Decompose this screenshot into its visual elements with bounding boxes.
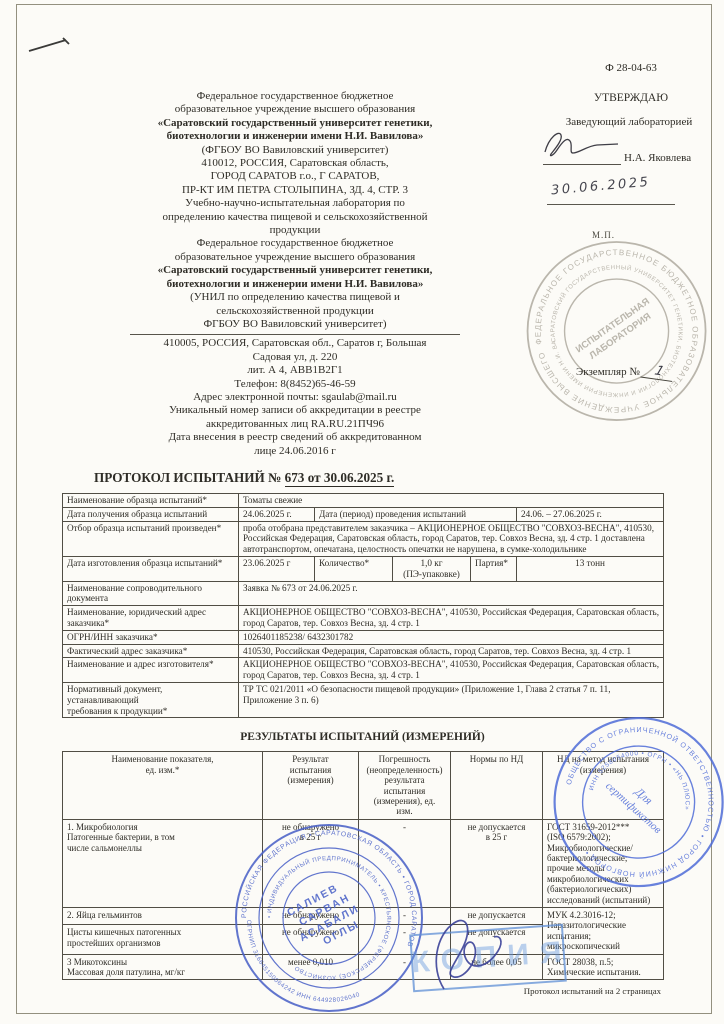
table-row: 3 Микотоксины Массовая доля патулина, мг… xyxy=(63,954,664,980)
sample-received-label: Дата получения образца испытаний xyxy=(63,507,239,521)
contact-line: аккредитованных лиц RA.RU.21ПЧ96 xyxy=(66,418,524,431)
header-separator-line xyxy=(130,334,460,335)
accompanying-doc-label: Наименование сопроводительного документа xyxy=(63,581,239,606)
copy-number-row: Экземпляр № 1 xyxy=(576,364,675,380)
org-line: Учебно-научно-испытательная лаборатория … xyxy=(66,197,524,210)
norm-value: не допускается xyxy=(451,925,543,954)
contact-line: лит. А 4, АВВ1В2Г1 xyxy=(66,364,524,377)
customer-value: АКЦИОНЕРНОЕ ОБЩЕСТВО "СОВХОЗ-ВЕСНА", 410… xyxy=(239,606,664,631)
method-value: ГОСТ 31659-2012*** (ISO 6579:2002); Микр… xyxy=(543,819,664,907)
org-header: Федеральное государственное бюджетное об… xyxy=(66,90,524,458)
org-line: образовательное учреждение высшего образ… xyxy=(66,251,524,264)
table-row: Дата изготовления образца испытаний* 23.… xyxy=(63,556,664,581)
scanned-test-protocol-page: Федеральное государственное бюджетное об… xyxy=(0,0,724,1024)
norm-value: не более 0,05 xyxy=(451,954,543,980)
lab-head-name: Н.А. Яковлева xyxy=(624,152,691,164)
norm-value: не допускается xyxy=(451,908,543,925)
result-value: не обнаружено xyxy=(263,908,359,925)
svg-text:САРАТОВСКИЙ ГОСУДАРСТВЕННЫЙ УН: САРАТОВСКИЙ ГОСУДАРСТВЕННЫЙ УНИВЕРСИТЕТ … xyxy=(507,222,694,413)
approval-date-handwritten: 30.06.2025 xyxy=(551,175,651,199)
sampling-label: Отбор образца испытаний произведен* xyxy=(63,521,239,556)
actual-address-value: 410530, Российская Федерация, Саратовска… xyxy=(239,644,664,658)
page-count-note: Протокол испытаний на 2 страницах xyxy=(62,986,663,996)
protocol-title-prefix: ПРОТОКОЛ ИСПЫТАНИЙ № xyxy=(94,470,285,485)
date-line xyxy=(547,204,675,205)
lab-stamp-ring-outer: ФЕДЕРАЛЬНОЕ ГОСУДАРСТВЕННОЕ БЮДЖЕТНОЕ ОБ… xyxy=(507,221,713,430)
indicator-name: 1. Микробиология Патогенные бактерии, в … xyxy=(63,819,263,907)
uncertainty-value: - xyxy=(359,819,451,907)
table-row: 2. Яйца гельминтов не обнаружено - не до… xyxy=(63,908,664,925)
quantity-label: Количество* xyxy=(315,556,393,581)
contact-line: 410005, РОССИЯ, Саратовская обл., Сарато… xyxy=(66,337,524,350)
org-line: 410012, РОССИЯ, Саратовская область, xyxy=(66,157,524,170)
indicator-name: 2. Яйца гельминтов xyxy=(63,908,263,925)
test-period-value: 24.06. – 27.06.2025 г. xyxy=(517,507,664,521)
col-header-method: НД на метод испытания (измерения) xyxy=(543,752,664,819)
sample-name-label: Наименование образца испытаний* xyxy=(63,494,239,508)
made-date-value: 23.06.2025 г xyxy=(239,556,315,581)
org-line: сельскохозяйственной продукции xyxy=(66,305,524,318)
sample-name-value: Томаты свежие xyxy=(239,494,664,508)
sample-info-table: Наименование образца испытаний* Томаты с… xyxy=(62,493,664,718)
norm-value: не допускается в 25 г xyxy=(451,819,543,907)
indicator-name: 3 Микотоксины Массовая доля патулина, мг… xyxy=(63,954,263,980)
org-line: ГОРОД САРАТОВ г.о., Г САРАТОВ, xyxy=(66,170,524,183)
contact-line: Телефон: 8(8452)65-46-59 xyxy=(66,378,524,391)
result-value: менее 0,010 xyxy=(263,954,359,980)
table-row: Наименование и адрес изготовителя* АКЦИО… xyxy=(63,658,664,683)
actual-address-label: Фактический адрес заказчика* xyxy=(63,644,239,658)
contact-line: Уникальный номер записи об аккредитации … xyxy=(66,404,524,417)
copy-number-value-handwritten: 1 xyxy=(640,362,677,382)
result-value: не обнаружено в 25 г xyxy=(263,819,359,907)
results-table: Наименование показателя, ед. изм.* Резул… xyxy=(62,751,664,980)
method-value: МУК 4.2.3016-12; Паразитологические испы… xyxy=(543,908,664,955)
org-line: определению качества пищевой и сельскохо… xyxy=(66,211,524,224)
org-line: биотехнологии и инженерии имени Н.И. Вав… xyxy=(66,278,524,291)
normative-doc-label: Нормативный документ, устанавливающий тр… xyxy=(63,682,239,717)
lab-head-position: Заведующий лабораторией xyxy=(536,116,722,128)
uncertainty-value: - xyxy=(359,908,451,925)
table-header-row: Наименование показателя, ед. изм.* Резул… xyxy=(63,752,664,819)
seal-place-label: М.П. xyxy=(592,230,615,240)
col-header-indicator: Наименование показателя, ед. изм.* xyxy=(63,752,263,819)
lab-stamp-ring-inner: САРАТОВСКИЙ ГОСУДАРСТВЕННЫЙ УНИВЕРСИТЕТ … xyxy=(507,222,694,413)
lab-head-signature xyxy=(542,128,624,166)
manufacturer-value: АКЦИОНЕРНОЕ ОБЩЕСТВО "СОВХОЗ-ВЕСНА", 410… xyxy=(239,658,664,683)
method-value: ГОСТ 28038, п.5; Химические испытания. xyxy=(543,954,664,980)
org-line: Федеральное государственное бюджетное xyxy=(66,90,524,103)
test-period-label: Дата (период) проведения испытаний xyxy=(315,507,517,521)
table-row: Наименование сопроводительного документа… xyxy=(63,581,664,606)
uncertainty-value: - xyxy=(359,954,451,980)
batch-label: Партия* xyxy=(471,556,517,581)
lab-stamp-center-line1: ИСПЫТАТЕЛЬНАЯ xyxy=(574,296,652,355)
org-line: Федеральное государственное бюджетное xyxy=(66,237,524,250)
org-line: ПР-КТ ИМ ПЕТРА СТОЛЫПИНА, ЗД. 4, СТР. 3 xyxy=(66,184,524,197)
table-row: 1. Микробиология Патогенные бактерии, в … xyxy=(63,819,664,907)
signature-line xyxy=(543,164,621,165)
protocol-title-number: 673 от 30.06.2025 г. xyxy=(285,470,395,487)
col-header-result: Результат испытания (измерения) xyxy=(263,752,359,819)
accompanying-doc-value: Заявка № 673 от 24.06.2025 г. xyxy=(239,581,664,606)
org-line: образовательное учреждение высшего образ… xyxy=(66,103,524,116)
protocol-title: ПРОТОКОЛ ИСПЫТАНИЙ № 673 от 30.06.2025 г… xyxy=(94,470,663,486)
table-row: Нормативный документ, устанавливающий тр… xyxy=(63,682,664,717)
ogrn-inn-value: 1026401185238/ 6432301782 xyxy=(239,630,664,644)
manufacturer-label: Наименование и адрес изготовителя* xyxy=(63,658,239,683)
results-section-title: РЕЗУЛЬТАТЫ ИСПЫТАНИЙ (ИЗМЕРЕНИЙ) xyxy=(62,731,663,743)
col-header-norms: Нормы по НД xyxy=(451,752,543,819)
indicator-name: Цисты кишечных патогенных простейших орг… xyxy=(63,925,263,954)
customer-label: Наименование, юридический адрес заказчик… xyxy=(63,606,239,631)
table-row: Отбор образца испытаний произведен* проб… xyxy=(63,521,664,556)
contact-line: Дата внесения в реестр сведений об аккре… xyxy=(66,431,524,444)
laboratory-round-stamp: ФЕДЕРАЛЬНОЕ ГОСУДАРСТВЕННОЕ БЮДЖЕТНОЕ ОБ… xyxy=(507,221,724,446)
org-line: (УНИЛ по определению качества пищевой и xyxy=(66,291,524,304)
contact-line: Адрес электронной почты: sgaulab@mail.ru xyxy=(66,391,524,404)
org-line: «Саратовский государственный университет… xyxy=(66,264,524,277)
approve-heading: УТВЕРЖДАЮ xyxy=(556,92,706,104)
table-row: Фактический адрес заказчика* 410530, Рос… xyxy=(63,644,664,658)
org-line: биотехнологии и инженерии имени Н.И. Вав… xyxy=(66,130,524,143)
contact-line: Садовая ул, д. 220 xyxy=(66,351,524,364)
copy-number-label: Экземпляр № xyxy=(576,366,640,378)
protocol-body: ПРОТОКОЛ ИСПЫТАНИЙ № 673 от 30.06.2025 г… xyxy=(62,468,663,996)
quantity-value: 1,0 кг (ПЭ-упаковке) xyxy=(393,556,471,581)
made-date-label: Дата изготовления образца испытаний* xyxy=(63,556,239,581)
col-header-uncertainty: Погрешность (неопределенность) результат… xyxy=(359,752,451,819)
sampling-value: проба отобрана представителем заказчика … xyxy=(239,521,664,556)
org-line: «Саратовский государственный университет… xyxy=(66,117,524,130)
org-line: (ФГБОУ ВО Вавиловский университет) xyxy=(66,144,524,157)
pen-mark xyxy=(26,36,72,56)
ogrn-inn-label: ОГРН/ИНН заказчика* xyxy=(63,630,239,644)
uncertainty-value: - xyxy=(359,925,451,954)
result-value: не обнаружено xyxy=(263,925,359,954)
form-code: Ф 28-04-63 xyxy=(556,62,706,74)
org-line: продукции xyxy=(66,224,524,237)
table-row: Дата получения образца испытаний 24.06.2… xyxy=(63,507,664,521)
sample-received-value: 24.06.2025 г. xyxy=(239,507,315,521)
table-row: ОГРН/ИНН заказчика* 1026401185238/ 64323… xyxy=(63,630,664,644)
table-row: Наименование, юридический адрес заказчик… xyxy=(63,606,664,631)
table-row: Наименование образца испытаний* Томаты с… xyxy=(63,494,664,508)
svg-text:ФЕДЕРАЛЬНОЕ ГОСУДАРСТВЕННОЕ БЮ: ФЕДЕРАЛЬНОЕ ГОСУДАРСТВЕННОЕ БЮДЖЕТНОЕ ОБ… xyxy=(507,221,713,430)
lab-stamp-center-line2: ЛАБОРАТОРИЯ xyxy=(587,311,653,362)
org-line: ФГБОУ ВО Вавиловский университет) xyxy=(66,318,524,331)
contact-line: лице 24.06.2016 г xyxy=(66,445,524,458)
normative-doc-value: ТР ТС 021/2011 «О безопасности пищевой п… xyxy=(239,682,664,717)
batch-value: 13 тонн xyxy=(517,556,664,581)
